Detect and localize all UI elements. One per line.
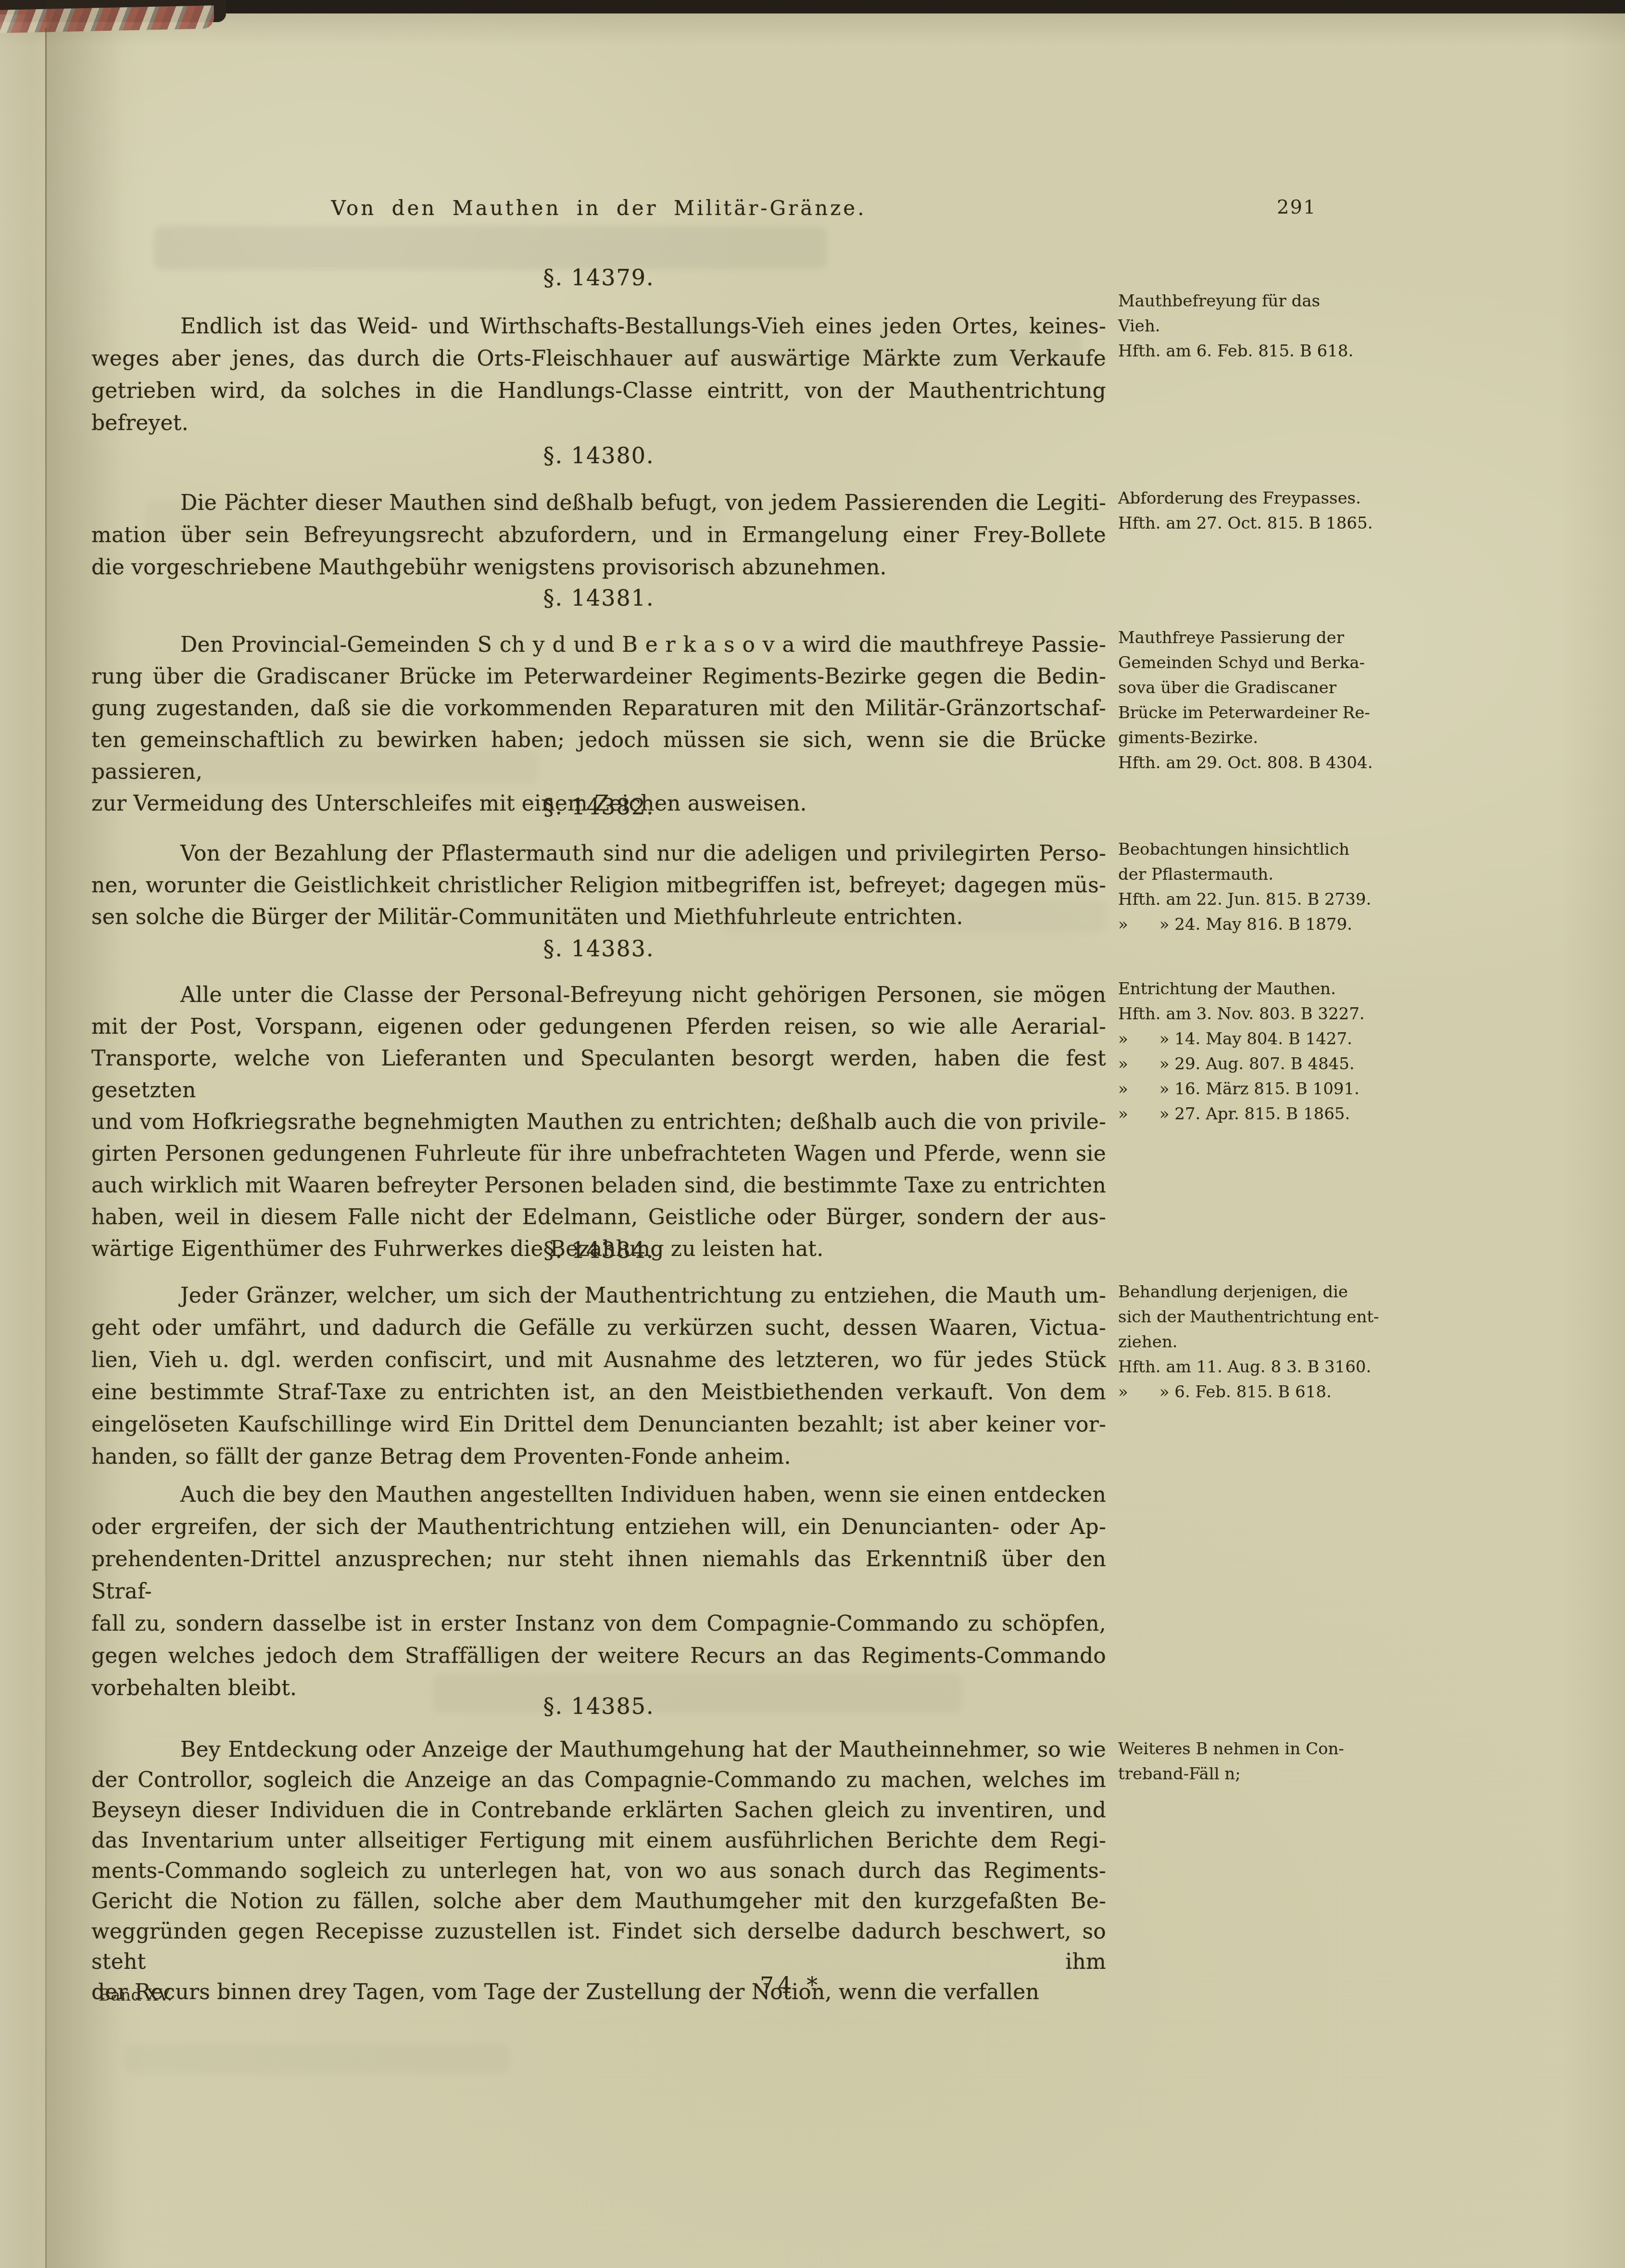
margin-note-line: Hfth. am 27. Oct. 815. B 1865. bbox=[1118, 511, 1469, 536]
paragraph-line: haben, weil in diesem Falle nicht der Ed… bbox=[91, 1202, 1106, 1233]
paragraph-line: mation über sein Befreyungsrecht abzufor… bbox=[91, 519, 1106, 551]
paragraph-line: ten gemeinschaftlich zu bewirken haben; … bbox=[91, 724, 1106, 788]
margin-note-line: ziehen. bbox=[1118, 1330, 1469, 1355]
paragraph-line: weggründen gegen Recepisse zuzustellen i… bbox=[91, 1916, 1106, 1977]
section-paragraph: Den Provincial-Gemeinden S ch y d und B … bbox=[91, 629, 1106, 820]
paragraph-line: der Recurs binnen drey Tagen, vom Tage d… bbox=[91, 1977, 1106, 2007]
section-heading: §. 14379. bbox=[91, 265, 1106, 291]
paragraph-line: handen, so fällt der ganze Betrag dem Pr… bbox=[91, 1441, 1106, 1473]
section-paragraph: Endlich ist das Weid- und Wirthschafts-B… bbox=[91, 310, 1106, 439]
footer-volume-label: Band XV. bbox=[99, 1986, 172, 2005]
bleedthrough-smudge bbox=[154, 226, 827, 269]
section-heading: §. 14385. bbox=[91, 1693, 1106, 1719]
paragraph-line: auch wirklich mit Waaren befreyter Perso… bbox=[91, 1170, 1106, 1202]
paragraph-line: eingelöseten Kaufschillinge wird Ein Dri… bbox=[91, 1408, 1106, 1441]
running-head-title: Von den Mauthen in der Militär-Gränze. bbox=[91, 196, 1106, 220]
section-heading: §. 14380. bbox=[91, 443, 1106, 469]
margin-note-line: sova über die Gradiscaner bbox=[1118, 675, 1469, 700]
book-page-scan: Von den Mauthen in der Militär-Gränze. 2… bbox=[0, 0, 1625, 2268]
page-edge bbox=[0, 14, 45, 2268]
section-paragraph: Jeder Gränzer, welcher, um sich der Maut… bbox=[91, 1280, 1106, 1473]
margin-note: Mauthbefreyung für dasVieh.Hfth. am 6. F… bbox=[1118, 289, 1469, 364]
page-number: 291 bbox=[1277, 196, 1316, 218]
paragraph-line: Endlich ist das Weid- und Wirthschafts-B… bbox=[91, 310, 1106, 342]
paragraph-line: geht oder umfährt, und dadurch die Gefäl… bbox=[91, 1312, 1106, 1344]
margin-note: Abforderung des Freypasses.Hfth. am 27. … bbox=[1118, 486, 1469, 536]
margin-note-line: » » 29. Aug. 807. B 4845. bbox=[1118, 1052, 1469, 1077]
paragraph-line: der Controllor, sogleich die Anzeige an … bbox=[91, 1765, 1106, 1795]
section-paragraph: Von der Bezahlung der Pflastermauth sind… bbox=[91, 838, 1106, 933]
margin-note-line: Mauthfreye Passierung der bbox=[1118, 625, 1469, 650]
paragraph-line: prehendenten-Drittel anzusprechen; nur s… bbox=[91, 1543, 1106, 1608]
margin-note-line: Behandlung derjenigen, die bbox=[1118, 1280, 1469, 1305]
section-paragraph: Bey Entdeckung oder Anzeige der Mauthumg… bbox=[91, 1735, 1106, 2007]
paragraph-line: Transporte, welche von Lieferanten und S… bbox=[91, 1043, 1106, 1106]
margin-note-line: Entrichtung der Mauthen. bbox=[1118, 976, 1469, 1001]
margin-note-line: Gemeinden Schyd und Berka- bbox=[1118, 650, 1469, 675]
section-paragraph: Die Pächter dieser Mauthen sind deßhalb … bbox=[91, 487, 1106, 583]
margin-note-line: Hfth. am 3. Nov. 803. B 3227. bbox=[1118, 1001, 1469, 1026]
paragraph-line: Alle unter die Classe der Personal-Befre… bbox=[91, 979, 1106, 1011]
margin-note-line: » » 14. May 804. B 1427. bbox=[1118, 1026, 1469, 1052]
margin-note-line: Brücke im Peterwardeiner Re- bbox=[1118, 700, 1469, 725]
margin-note: Behandlung derjenigen, diesich der Mauth… bbox=[1118, 1280, 1469, 1405]
margin-note-line: Hfth. am 22. Jun. 815. B 2739. bbox=[1118, 887, 1469, 912]
paragraph-line: mit der Post, Vorspann, eigenen oder ged… bbox=[91, 1011, 1106, 1043]
paragraph-line: rung über die Gradiscaner Brücke im Pete… bbox=[91, 661, 1106, 693]
margin-note-line: » » 16. März 815. B 1091. bbox=[1118, 1077, 1469, 1102]
paragraph-line: oder ergreifen, der sich der Mauthentric… bbox=[91, 1511, 1106, 1543]
paragraph-line: getrieben wird, da solches in die Handlu… bbox=[91, 375, 1106, 407]
margin-note-line: giments-Bezirke. bbox=[1118, 725, 1469, 750]
paragraph-line: Auch die bey den Mauthen angestellten In… bbox=[91, 1479, 1106, 1511]
margin-note-line: Hfth. am 6. Feb. 815. B 618. bbox=[1118, 339, 1469, 364]
section-heading: §. 14382. bbox=[91, 794, 1106, 820]
margin-note-line: Hfth. am 11. Aug. 8 3. B 3160. bbox=[1118, 1355, 1469, 1380]
margin-note-line: » » 24. May 816. B 1879. bbox=[1118, 912, 1469, 937]
bleedthrough-smudge bbox=[125, 2044, 510, 2073]
footer-signature-mark: 74 * bbox=[760, 1972, 821, 1998]
margin-note-line: Vieh. bbox=[1118, 314, 1469, 339]
paragraph-line: Bey Entdeckung oder Anzeige der Mauthumg… bbox=[91, 1735, 1106, 1765]
paragraph-line: Die Pächter dieser Mauthen sind deßhalb … bbox=[91, 487, 1106, 519]
paragraph-line: Den Provincial-Gemeinden S ch y d und B … bbox=[91, 629, 1106, 661]
margin-note: Weiteres B nehmen in Con-treband-Fäll n; bbox=[1118, 1736, 1469, 1787]
margin-note: Beobachtungen hinsichtlichder Pflasterma… bbox=[1118, 837, 1469, 937]
section-paragraph: Alle unter die Classe der Personal-Befre… bbox=[91, 979, 1106, 1265]
paragraph-line: und vom Hofkriegsrathe begnehmigten Maut… bbox=[91, 1106, 1106, 1138]
section-paragraph: Auch die bey den Mauthen angestellten In… bbox=[91, 1479, 1106, 1704]
paragraph-line: weges aber jenes, das durch die Orts-Fle… bbox=[91, 342, 1106, 375]
margin-note-line: Hfth. am 29. Oct. 808. B 4304. bbox=[1118, 750, 1469, 775]
margin-note: Entrichtung der Mauthen.Hfth. am 3. Nov.… bbox=[1118, 976, 1469, 1127]
margin-note: Mauthfreye Passierung derGemeinden Schyd… bbox=[1118, 625, 1469, 775]
margin-note-line: Abforderung des Freypasses. bbox=[1118, 486, 1469, 511]
section-heading: §. 14383. bbox=[91, 936, 1106, 962]
paragraph-line: gung zugestanden, daß sie die vorkommend… bbox=[91, 693, 1106, 724]
margin-note-line: » » 6. Feb. 815. B 618. bbox=[1118, 1380, 1469, 1405]
paragraph-line: Beyseyn dieser Individuen die in Contreb… bbox=[91, 1795, 1106, 1825]
book-cover-top-edge bbox=[0, 0, 1625, 13]
paragraph-line: girten Personen gedungenen Fuhrleute für… bbox=[91, 1138, 1106, 1170]
margin-note-line: sich der Mauthentrichtung ent- bbox=[1118, 1305, 1469, 1330]
margin-note-line: » » 27. Apr. 815. B 1865. bbox=[1118, 1102, 1469, 1127]
margin-note-line: der Pflastermauth. bbox=[1118, 862, 1469, 887]
paragraph-line: eine bestimmte Straf-Taxe zu entrichten … bbox=[91, 1376, 1106, 1408]
paragraph-line: gegen welches jedoch dem Straffälligen d… bbox=[91, 1640, 1106, 1672]
paragraph-line: befreyet. bbox=[91, 407, 1106, 439]
margin-note-line: treband-Fäll n; bbox=[1118, 1761, 1469, 1787]
paragraph-line: sen solche die Bürger der Militär-Commun… bbox=[91, 901, 1106, 933]
section-heading: §. 14381. bbox=[91, 585, 1106, 611]
paragraph-line: das Inventarium unter allseitiger Fertig… bbox=[91, 1825, 1106, 1856]
paragraph-line: Von der Bezahlung der Pflastermauth sind… bbox=[91, 838, 1106, 870]
section-heading: §. 14384. bbox=[91, 1237, 1106, 1263]
paragraph-line: Jeder Gränzer, welcher, um sich der Maut… bbox=[91, 1280, 1106, 1312]
paragraph-line: die vorgeschriebene Mauthgebühr wenigste… bbox=[91, 551, 1106, 583]
paragraph-line: Gericht die Notion zu fällen, solche abe… bbox=[91, 1886, 1106, 1916]
paragraph-line: nen, worunter die Geistlichkeit christli… bbox=[91, 870, 1106, 901]
paragraph-line: ments-Commando sogleich zu unterlegen ha… bbox=[91, 1856, 1106, 1886]
paragraph-line: fall zu, sondern dasselbe ist in erster … bbox=[91, 1608, 1106, 1640]
margin-note-line: Weiteres B nehmen in Con- bbox=[1118, 1736, 1469, 1761]
paragraph-line: lien, Vieh u. dgl. werden confiscirt, un… bbox=[91, 1344, 1106, 1376]
margin-note-line: Beobachtungen hinsichtlich bbox=[1118, 837, 1469, 862]
margin-note-line: Mauthbefreyung für das bbox=[1118, 289, 1469, 314]
